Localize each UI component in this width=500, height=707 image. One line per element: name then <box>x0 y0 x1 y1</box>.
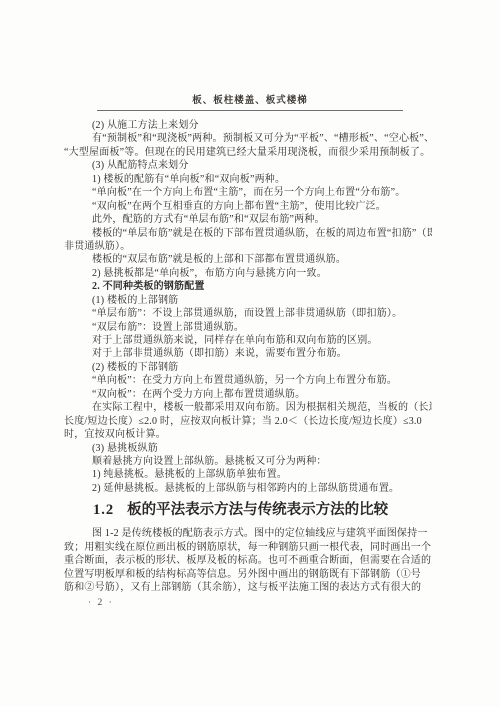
section-number: 1.2 <box>93 502 114 518</box>
text-line: 时，宜按双向板计算。 <box>64 428 432 441</box>
text-line: 对于上部贯通纵筋来说，同样存在单向布筋和双向布筋的区别。 <box>64 334 432 347</box>
text-line: (3) 从配筋特点来划分 <box>64 159 432 172</box>
header-rule-line <box>97 110 403 111</box>
text-line: “单层布筋”：不设上部贯通纵筋，而设置上部非贯通纵筋（即扣筋）。 <box>64 307 432 320</box>
text-line: 楼板的“单层布筋”就是在板的下部布置贯通纵筋，在板的周边布置“扣筋”（即 <box>64 227 432 240</box>
text-line: 1) 楼板的配筋有“单向板”和“双向板”两种。 <box>64 173 432 186</box>
text-line: 在实际工程中，楼板一般都采用双向布筋。因为根据相关规范，当板的（长边 <box>64 401 432 414</box>
section-heading: 1.2板的平法表示方法与传统表示方法的比较 <box>64 499 432 521</box>
running-header-title: 板、板柱楼盖、板式楼梯 <box>0 92 500 106</box>
text-line: 致；用粗实线在原位画出板的钢筋原状，每一种钢筋只画一根代表，同时画出一个 <box>64 541 432 554</box>
text-line: (2) 楼板的下部钢筋 <box>64 361 432 374</box>
text-line: 此外，配筋的方式有“单层布筋”和“双层布筋”两种。 <box>64 213 432 226</box>
page-number: · 2 · <box>64 597 432 610</box>
text-line: “双向板”：在两个受力方向上都布置贯通纵筋。 <box>64 388 432 401</box>
text-line: 重合断面，表示板的形状、板厚及板的标高。也可不画重合断面，但需要在合适的 <box>64 554 432 567</box>
text-line: 顺着悬挑方向设置上部纵筋。悬挑板又可分为两种： <box>64 455 432 468</box>
text-line: 1) 纯悬挑板。悬挑板的上部纵筋单独布置。 <box>64 468 432 481</box>
text-line: (3) 悬挑板纵筋 <box>64 442 432 455</box>
text-line: 有“预制板”和“现浇板”两种。预制板又可分为“平板”、“槽形板”、“空心板”、 <box>64 132 432 145</box>
text-line: 筋和②号筋），又有上部钢筋（其余筋），这与板平法施工图的表达方式有很大的 <box>64 581 432 594</box>
text-line: “双向板”在两个互相垂直的方向上都布置“主筋”，使用比较广泛。 <box>64 200 432 213</box>
text-line: 楼板的“双层布筋”就是板的上部和下部都布置贯通纵筋。 <box>64 253 432 266</box>
text-line: 对于上部非贯通纵筋（即扣筋）来说，需要布置分布筋。 <box>64 347 432 360</box>
text-line: “单向板”：在受力方向上布置贯通纵筋，另一个方向上布置分布筋。 <box>64 374 432 387</box>
text-line: (1) 楼板的上部钢筋 <box>64 294 432 307</box>
book-page: 板、板柱楼盖、板式楼梯 (2) 从施工方法上来划分有“预制板”和“现浇板”两种。… <box>0 0 500 707</box>
text-line: “双层布筋”：设置上部贯通纵筋。 <box>64 321 432 334</box>
text-line: (2) 从施工方法上来划分 <box>64 119 432 132</box>
text-line: 非贯通纵筋）。 <box>64 240 432 253</box>
section-title: 板的平法表示方法与传统表示方法的比较 <box>127 502 388 518</box>
text-line: 2. 不同种类板的钢筋配置 <box>64 280 432 293</box>
text-line: 2) 延伸悬挑板。悬挑板的上部纵筋与相邻跨内的上部纵筋贯通布置。 <box>64 482 432 495</box>
body-text-block: (2) 从施工方法上来划分有“预制板”和“现浇板”两种。预制板又可分为“平板”、… <box>64 119 432 495</box>
text-line: 2) 悬挑板都是“单向板”，布筋方向与悬挑方向一致。 <box>64 267 432 280</box>
after-heading-text-block: 图 1-2 是传统楼板的配筋表示方式。图中的定位轴线应与建筑平面图保持一致；用粗… <box>64 527 432 594</box>
text-line: “大型屋面板”等。但现在的民用建筑已经大量采用现浇板，而很少采用预制板了。 <box>64 146 432 159</box>
text-line: “单向板”在一个方向上布置“主筋”，而在另一个方向上布置“分布筋”。 <box>64 186 432 199</box>
page-content: (2) 从施工方法上来划分有“预制板”和“现浇板”两种。预制板又可分为“平板”、… <box>64 119 432 610</box>
text-line: 位置写明板厚和板的结构标高等信息。另外图中画出的钢筋既有下部钢筋（①号 <box>64 568 432 581</box>
text-line: 图 1-2 是传统楼板的配筋表示方式。图中的定位轴线应与建筑平面图保持一 <box>64 527 432 540</box>
text-line: 长度/短边长度）≤2.0 时，应按双向板计算；当 2.0＜（长边长度/短边长度）… <box>64 415 432 428</box>
